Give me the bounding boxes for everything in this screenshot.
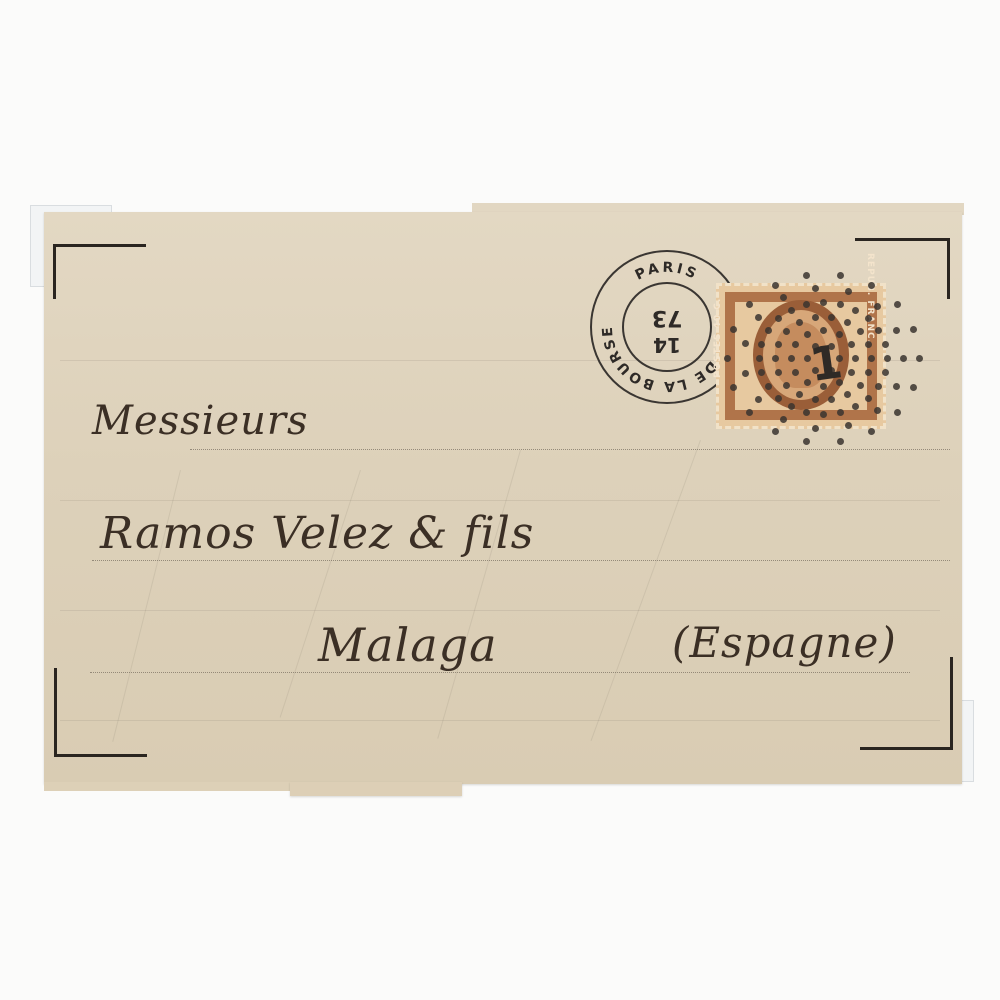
cancel-dot <box>788 355 795 362</box>
cancel-dot <box>788 307 795 314</box>
cancel-dot <box>812 285 819 292</box>
cancel-dot <box>756 355 763 362</box>
cancel-dot <box>730 326 737 333</box>
cancel-dot <box>916 355 923 362</box>
cancel-dot <box>772 428 779 435</box>
stamp-bottom-text: POSTES 40 C. <box>713 298 723 378</box>
cancel-dot <box>882 341 889 348</box>
salutation-text: Messieurs <box>92 398 309 444</box>
show-through-line <box>60 500 940 501</box>
cancel-dot <box>837 409 844 416</box>
cancel-dot <box>868 428 875 435</box>
cancel-dot <box>730 384 737 391</box>
cancel-dot <box>865 395 872 402</box>
cancel-dot <box>845 422 852 429</box>
cancel-dot <box>894 301 901 308</box>
paper-bottom-edge <box>44 782 294 791</box>
cancel-dot <box>865 341 872 348</box>
address-rule-2 <box>92 560 950 561</box>
cancel-dot <box>820 327 827 334</box>
cancel-dot <box>848 341 855 348</box>
cancel-dot <box>844 319 851 326</box>
cancel-dot <box>812 396 819 403</box>
cancel-dot <box>874 407 881 414</box>
corner-bracket-top-left <box>53 244 146 299</box>
cancel-dot <box>910 384 917 391</box>
cancel-dot <box>837 272 844 279</box>
country-text: (Espagne) <box>672 618 897 667</box>
cancel-dot <box>900 355 907 362</box>
stamp-top-text: REPUB. FRANC. <box>865 253 875 344</box>
paper-bottom-flap <box>290 782 462 796</box>
cancel-dot <box>780 416 787 423</box>
cancel-dot <box>852 355 859 362</box>
cancel-dot <box>868 355 875 362</box>
cancel-dot <box>820 299 827 306</box>
cancel-dot <box>772 355 779 362</box>
show-through-line <box>60 610 940 611</box>
cancel-dot <box>857 382 864 389</box>
cancel-dot <box>775 395 782 402</box>
cancel-dot <box>765 383 772 390</box>
cancel-dot <box>828 314 835 321</box>
cancel-dot <box>796 319 803 326</box>
cancel-dot <box>724 355 731 362</box>
cancel-dot <box>874 303 881 310</box>
postage-stamp-ceres: REPUB. FRANC. POSTES 40 C. <box>716 283 886 429</box>
cancel-dot <box>742 370 749 377</box>
city-text: Malaga <box>318 618 498 672</box>
cancel-dot <box>837 301 844 308</box>
cancel-dot <box>758 341 765 348</box>
cancel-dot <box>893 327 900 334</box>
cancel-dot <box>894 409 901 416</box>
cancel-dot <box>804 331 811 338</box>
cancel-dot <box>852 307 859 314</box>
cancel-dot <box>837 438 844 445</box>
corner-bracket-bottom-right <box>860 657 953 750</box>
cancel-dot <box>820 411 827 418</box>
show-through-line <box>60 720 940 721</box>
corner-bracket-bottom-left <box>54 668 147 757</box>
cancel-dot <box>884 355 891 362</box>
address-rule-3 <box>90 672 910 673</box>
cancel-dot <box>848 369 855 376</box>
recipient-name-text: Ramos Velez & fils <box>100 508 534 559</box>
cancel-dot <box>857 328 864 335</box>
cancel-dot <box>765 327 772 334</box>
cancel-dot <box>812 425 819 432</box>
address-rule-1 <box>190 449 950 450</box>
cancel-dot <box>775 341 782 348</box>
cancel-dot <box>812 314 819 321</box>
